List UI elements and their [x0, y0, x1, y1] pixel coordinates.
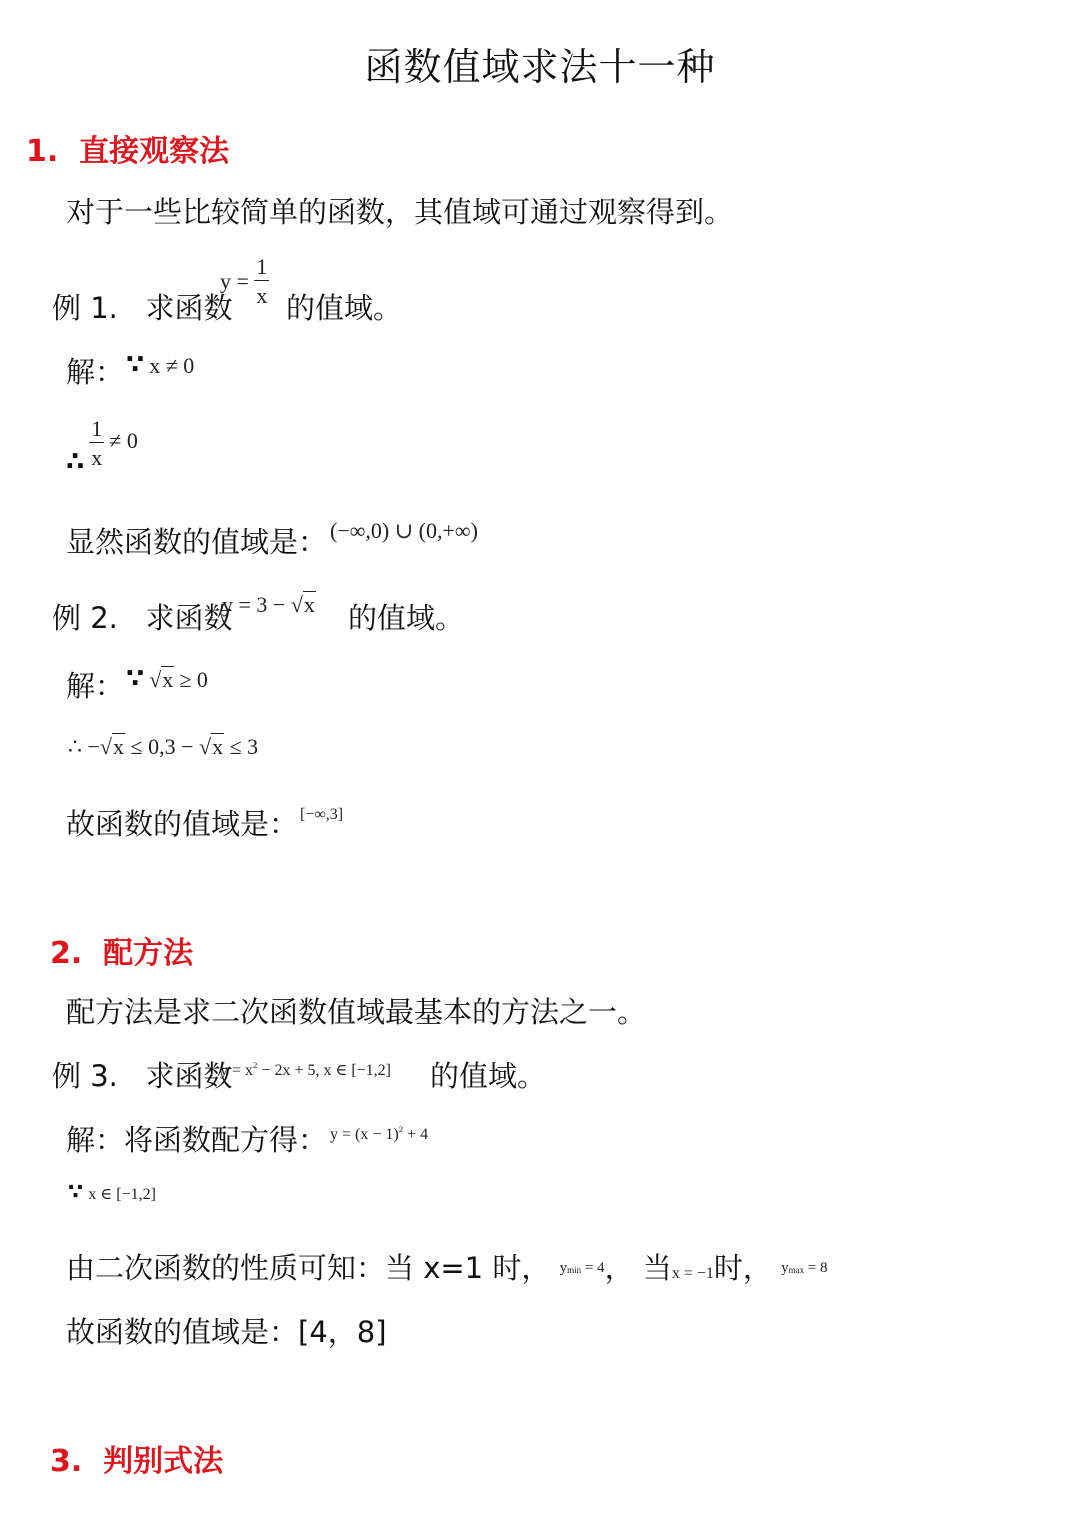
section-title: 判别式法	[103, 1444, 223, 1479]
sqrt: √x	[291, 592, 316, 618]
example-label: 例 2.	[52, 601, 118, 635]
section-title: 直接观察法	[79, 134, 229, 169]
radicand: x	[211, 733, 224, 759]
math-step: ≤ 3	[230, 734, 259, 759]
section-number: 2.	[50, 936, 82, 971]
radicand: x	[112, 733, 125, 759]
conclusion-label: 显然函数的值域是：	[66, 520, 327, 561]
therefore-line: ∴ 1 x ≠ 0	[66, 418, 138, 477]
example-3-formula: y = x2 − 2x + 5, x ∈ [−1,2]	[220, 1060, 391, 1080]
example-1-question: 例 1. 求函数	[52, 286, 233, 327]
property-text: 由二次函数的性质可知：当 x=1 时，	[66, 1251, 550, 1285]
numerator: 1	[89, 418, 104, 443]
when: 当	[643, 1251, 672, 1285]
solution-label: 解：将函数配方得：	[66, 1118, 327, 1159]
radicand: x	[303, 591, 316, 617]
example-1-suffix: 的值域。	[286, 286, 402, 327]
fraction: 1 x	[254, 256, 269, 307]
therefore-line: ∴ −√x ≤ 0,3 − √x ≤ 3	[68, 734, 258, 760]
value: = 8	[804, 1260, 827, 1276]
property-line: 由二次函数的性质可知：当 x=1 时， ymin = 4， 当x = −1时， …	[66, 1246, 828, 1287]
conclusion-label: 故函数的值域是：	[66, 802, 298, 843]
example-label: 例 3.	[52, 1059, 118, 1093]
example-label: 例 1.	[52, 291, 118, 325]
solution-label: 解：	[66, 350, 124, 391]
conclusion-line: 故函数的值域是：[4，8]	[66, 1310, 387, 1351]
y: y	[781, 1260, 789, 1276]
math: y = (x − 1)	[330, 1126, 399, 1143]
example-2-formula: y = 3 − √x	[222, 592, 316, 618]
x-value: x = −1	[672, 1265, 714, 1282]
math-step: −	[88, 734, 100, 759]
because-line: ∵ x ∈ [−1,2]	[68, 1180, 156, 1205]
section-title: 配方法	[103, 936, 193, 971]
formula-lhs: y = 3 −	[222, 592, 285, 617]
section-number: 3.	[50, 1444, 82, 1479]
radicand: x	[161, 666, 174, 692]
because-symbol: ∵	[126, 664, 144, 694]
denominator: x	[256, 281, 267, 307]
example-2-question: 例 2. 求函数	[52, 596, 233, 637]
math: x ∈ [−1,2]	[88, 1186, 156, 1203]
because-line: ∵ x ≠ 0	[126, 350, 194, 380]
comma: ，	[605, 1251, 634, 1285]
denominator: x	[91, 443, 102, 469]
sqrt: √x	[100, 734, 125, 760]
y-max: ymax = 8	[781, 1260, 827, 1276]
example-prompt: 求函数	[146, 601, 233, 635]
section-2-intro: 配方法是求二次函数值域最基本的方法之一。	[66, 990, 646, 1031]
section-2-heading: 2. 配方法	[50, 928, 193, 972]
page-title: 函数值域求法十一种	[0, 36, 1080, 91]
section-number: 1.	[26, 134, 58, 169]
math-step: ≤ 0,3 −	[131, 734, 194, 759]
sqrt: √x	[199, 734, 224, 760]
because-symbol: ∵	[126, 350, 144, 380]
time: 时，	[714, 1251, 772, 1285]
min-sub: min	[567, 1265, 581, 1275]
section-1-intro: 对于一些比较简单的函数，其值域可通过观察得到。	[66, 190, 733, 231]
max-sub: max	[789, 1265, 805, 1275]
completed-square: y = (x − 1)2 + 4	[330, 1124, 428, 1144]
example-3-suffix: 的值域。	[430, 1054, 546, 1095]
therefore-symbol: ∴	[68, 734, 82, 759]
math: + 4	[403, 1126, 428, 1143]
math-step: x ≠ 0	[149, 353, 194, 378]
math: y = x	[220, 1062, 253, 1079]
section-3-heading: 3. 判别式法	[50, 1436, 223, 1480]
numerator: 1	[254, 256, 269, 281]
example-3-question: 例 3. 求函数	[52, 1054, 233, 1095]
math-step: ≠ 0	[109, 428, 138, 453]
math-step: ≥ 0	[179, 667, 208, 692]
formula-lhs: y =	[220, 269, 249, 294]
solution-label: 解：	[66, 664, 124, 705]
conclusion-value: [4，8]	[298, 1315, 387, 1349]
section-1-heading: 1. 直接观察法	[26, 126, 229, 170]
y: y	[560, 1260, 568, 1276]
because-symbol: ∵	[68, 1180, 83, 1205]
because-line: ∵ √x ≥ 0	[126, 664, 208, 694]
conclusion-label: 故函数的值域是：	[66, 1315, 298, 1349]
math: − 2x + 5, x ∈ [−1,2]	[257, 1062, 391, 1079]
value: = 4	[581, 1260, 604, 1276]
conclusion-value: (−∞,0) ∪ (0,+∞)	[330, 518, 478, 544]
conclusion-value: [−∞,3]	[300, 806, 343, 824]
y-min: ymin = 4	[560, 1260, 605, 1276]
therefore-symbol: ∴	[66, 447, 84, 477]
sqrt: √x	[149, 667, 174, 693]
example-2-suffix: 的值域。	[348, 596, 464, 637]
fraction: 1 x	[89, 418, 104, 469]
example-1-formula: y = 1 x	[220, 256, 269, 307]
